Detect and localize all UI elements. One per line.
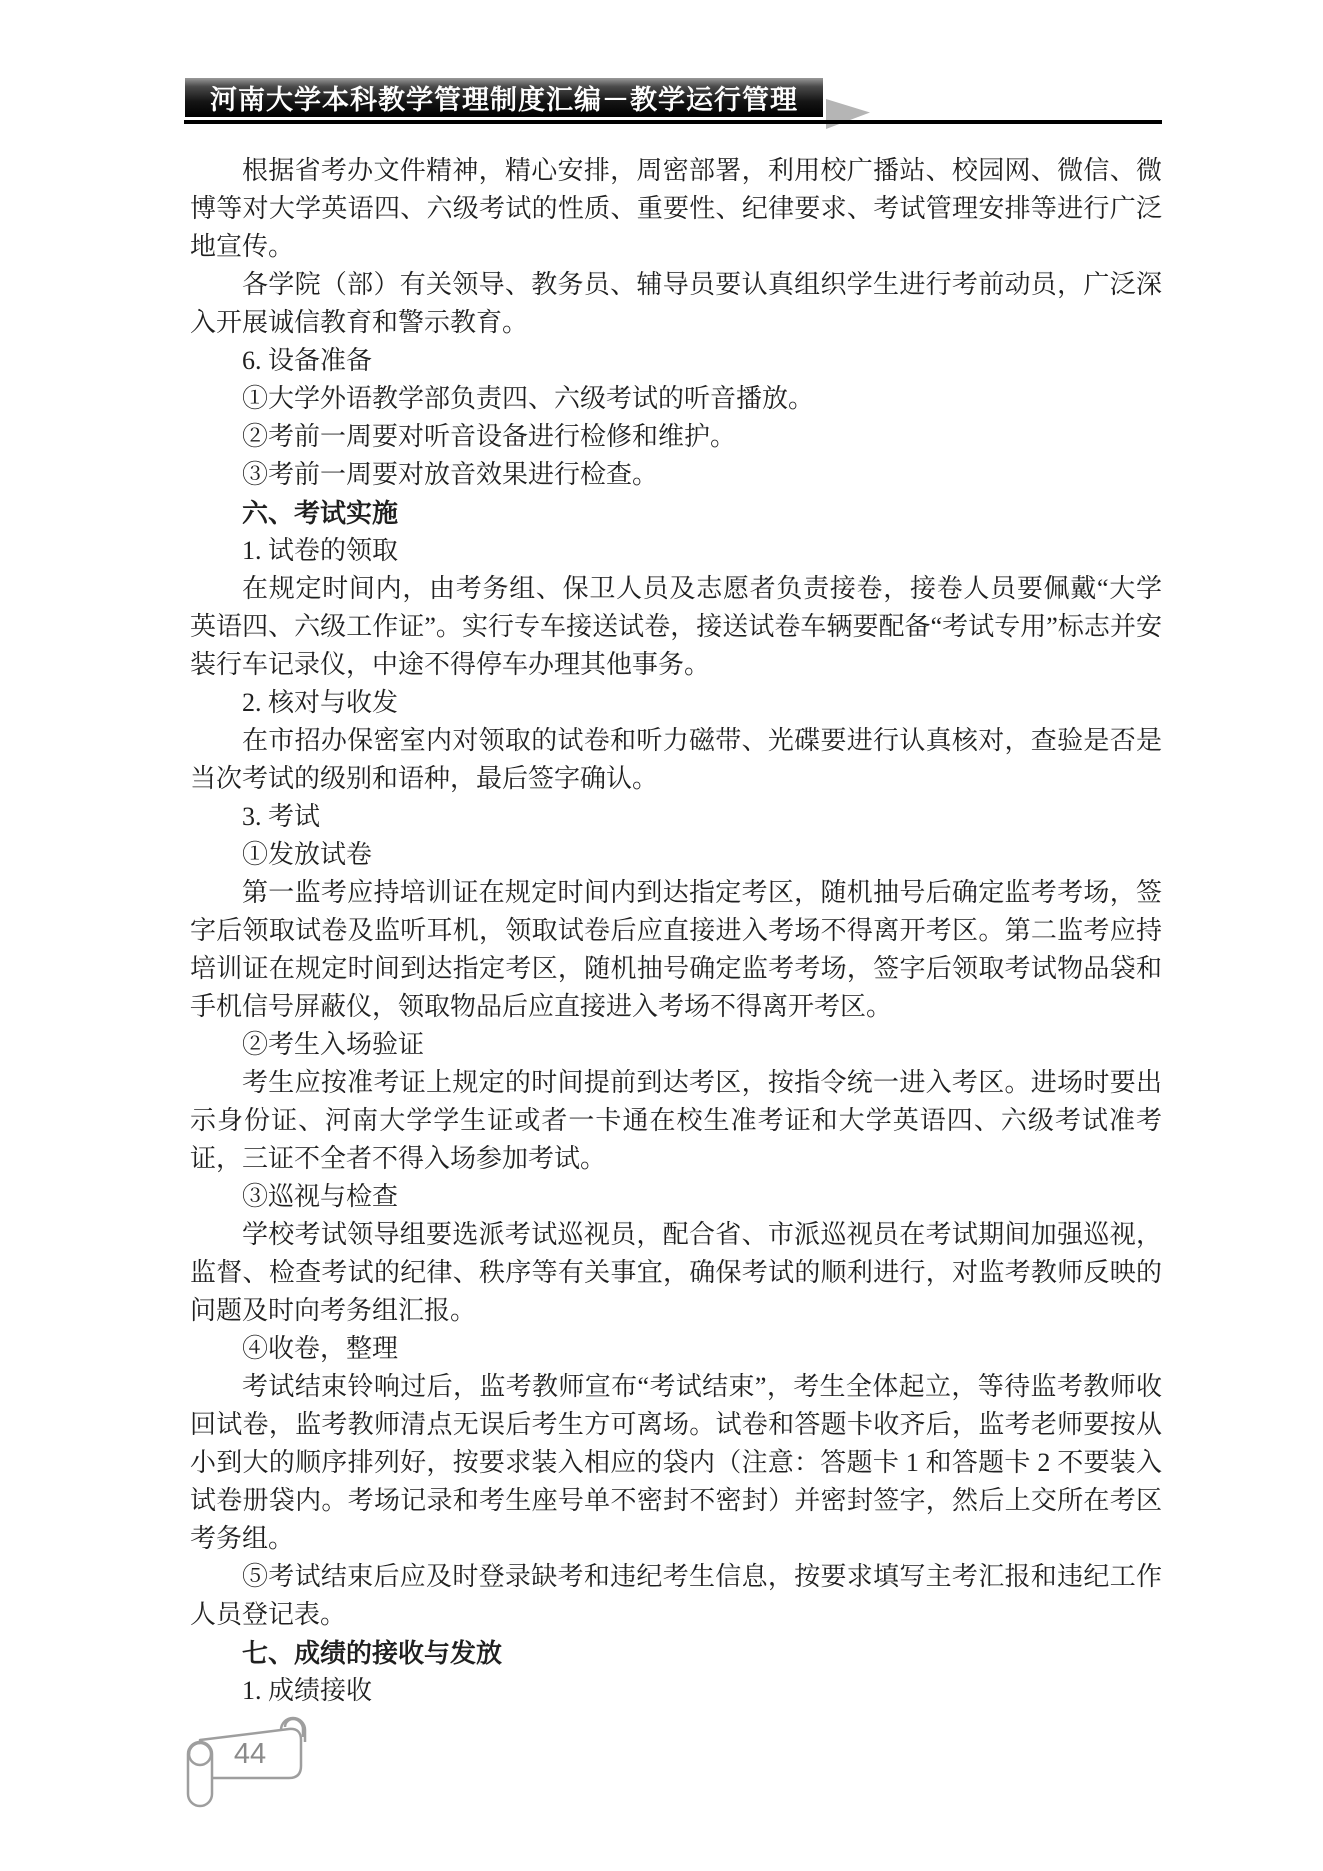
header-rule	[184, 120, 1162, 124]
header-banner-title: 河南大学本科教学管理制度汇编－教学运行管理	[210, 78, 798, 117]
paragraph: 2. 核对与收发	[190, 684, 1162, 722]
document-page: 河南大学本科教学管理制度汇编－教学运行管理 根据省考办文件精神，精心安排，周密部…	[0, 0, 1323, 1871]
paragraph: ①大学外语教学部负责四、六级考试的听音播放。	[190, 380, 1162, 418]
banner-arrow-icon	[826, 99, 870, 129]
paragraph: 考生应按准考证上规定的时间提前到达考区，按指令统一进入考区。进场时要出示身份证、…	[190, 1064, 1162, 1178]
paragraph: ②考前一周要对听音设备进行检修和维护。	[190, 418, 1162, 456]
paragraph: 3. 考试	[190, 798, 1162, 836]
paragraph: ①发放试卷	[190, 836, 1162, 874]
paragraph: 考试结束铃响过后，监考教师宣布“考试结束”，考生全体起立，等待监考教师收回试卷，…	[190, 1368, 1162, 1558]
paragraph: 6. 设备准备	[190, 342, 1162, 380]
paragraph: 在规定时间内，由考务组、保卫人员及志愿者负责接卷，接卷人员要佩戴“大学英语四、六…	[190, 570, 1162, 684]
paragraph: 第一监考应持培训证在规定时间内到达指定考区，随机抽号后确定监考考场，签字后领取试…	[190, 874, 1162, 1026]
page-number: 44	[200, 1735, 300, 1773]
paragraph: ②考生入场验证	[190, 1026, 1162, 1064]
paragraph: 学校考试领导组要选派考试巡视员，配合省、市派巡视员在考试期间加强巡视，监督、检查…	[190, 1216, 1162, 1330]
paragraph: 根据省考办文件精神，精心安排，周密部署，利用校广播站、校园网、微信、微博等对大学…	[190, 152, 1162, 266]
document-body: 根据省考办文件精神，精心安排，周密部署，利用校广播站、校园网、微信、微博等对大学…	[190, 152, 1162, 1710]
paragraph: 1. 试卷的领取	[190, 532, 1162, 570]
paragraph: 各学院（部）有关领导、教务员、辅导员要认真组织学生进行考前动员，广泛深入开展诚信…	[190, 266, 1162, 342]
section-heading: 六、考试实施	[190, 494, 1162, 532]
header-banner: 河南大学本科教学管理制度汇编－教学运行管理	[185, 78, 823, 117]
paragraph: ④收卷，整理	[190, 1330, 1162, 1368]
paragraph: ⑤考试结束后应及时登录缺考和违纪考生信息，按要求填写主考汇报和违纪工作人员登记表…	[190, 1558, 1162, 1634]
paragraph: ③巡视与检查	[190, 1178, 1162, 1216]
paragraph: ③考前一周要对放音效果进行检查。	[190, 456, 1162, 494]
section-heading: 七、成绩的接收与发放	[190, 1634, 1162, 1672]
paragraph: 在市招办保密室内对领取的试卷和听力磁带、光碟要进行认真核对，查验是否是当次考试的…	[190, 722, 1162, 798]
paragraph: 1. 成绩接收	[190, 1672, 1162, 1710]
